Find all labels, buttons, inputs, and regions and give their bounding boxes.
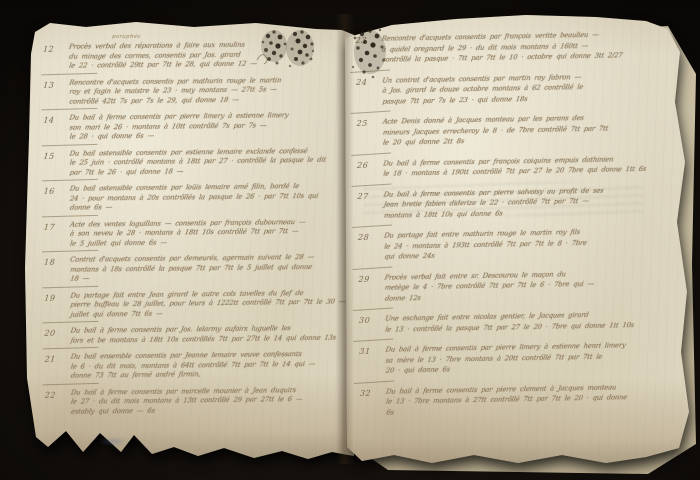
entry-number: 12 (34, 43, 69, 54)
entry-number: 15 (35, 149, 70, 160)
entry-number: 13 (35, 78, 70, 89)
entry-handwritten-text: Acte Denis donné à Jacques monteau par l… (383, 113, 679, 148)
register-entry: 23Rencontre d'acquets consentis par fran… (348, 30, 678, 66)
handwriting-line: donne 6s — (69, 201, 343, 214)
entry-separator-rule (42, 143, 98, 145)
entry-separator-rule (351, 152, 391, 156)
entry-number: 25 (348, 117, 383, 128)
entry-number: 27 (349, 189, 384, 200)
register-entry: 29Procès verbal fait entre sr. Descourou… (350, 263, 680, 304)
entry-handwritten-text: Du bail ostensible consentis par estienn… (70, 148, 342, 178)
register-entry: 31Du bail à ferme consentis par pierre l… (351, 336, 681, 377)
entry-number: 23 (347, 34, 382, 45)
register-entry: 19Du partage fait entre Jean girard le a… (36, 285, 342, 320)
register-entry: 25Acte Denis donné à Jacques monteau par… (349, 108, 679, 149)
entry-separator-rule (42, 250, 98, 252)
entry-separator-rule (353, 307, 393, 311)
entry-number: 20 (36, 327, 71, 338)
entry-handwritten-text: Contrat d'acquets consentis par demeurés… (70, 254, 342, 284)
entry-handwritten-text: Du bail à ferme consentis par pierre lim… (385, 341, 681, 376)
manuscript-scan: paraphés 12Procès verbal des réparations… (0, 0, 700, 480)
entry-separator-rule (42, 179, 98, 181)
entry-handwritten-text: Du bail à ferme consentis par marcelle m… (71, 387, 343, 417)
entry-separator-rule (41, 72, 97, 74)
right-page-paper: 23Rencontre d'acquets consentis par fran… (344, 10, 690, 470)
entry-handwritten-text: Du bail à ferme consentis par pierre cle… (386, 382, 682, 417)
entry-number: 18 (36, 256, 71, 267)
blue-ink-smudge (98, 437, 128, 446)
register-entry: 28Du partage fait entre mathurin rouge l… (350, 222, 680, 263)
entry-number: 22 (36, 388, 71, 399)
entry-number: 29 (350, 272, 385, 283)
entry-separator-rule (43, 382, 99, 384)
register-entry: 17Acte des ventes loguillans — consentis… (36, 214, 342, 249)
entry-handwritten-text: Une eschange fait entre nicolas gentier,… (385, 310, 681, 335)
entry-separator-rule (43, 347, 99, 349)
entry-number: 19 (36, 291, 71, 302)
entry-number: 28 (350, 231, 385, 242)
register-entry: 21Du bail ensemble consentis par Jeanne … (37, 346, 343, 381)
register-entry: 22Du bail à ferme consentis par marcelle… (37, 382, 343, 417)
entry-separator-rule (350, 69, 390, 73)
entry-handwritten-text: Un contrat d'acquets consentis par marti… (382, 71, 678, 106)
entry-handwritten-text: Du bail à ferme consentis par pierre lim… (69, 112, 341, 142)
entry-number: 14 (35, 114, 70, 125)
entry-separator-rule (351, 110, 391, 114)
register-entry: 12Procès verbal des réparations à faire … (35, 41, 341, 71)
entry-number: 24 (348, 75, 383, 86)
entry-separator-rule (42, 321, 98, 323)
register-entry: 20Du bail à ferme consentis par Jos. lel… (36, 320, 342, 346)
entry-handwritten-text: Procès verbal des réparations à faire au… (69, 41, 341, 71)
entry-separator-rule (352, 224, 392, 228)
entry-separator-rule (351, 183, 391, 187)
handwriting-line: le 28 · qui donne 6s — (69, 130, 343, 143)
entry-separator-rule (353, 338, 393, 342)
register-entry: 32Du bail à ferme consentis par pierre c… (352, 377, 682, 418)
entry-number: 21 (36, 353, 71, 364)
entry-number: 30 (351, 314, 386, 325)
entry-separator-rule (353, 266, 393, 270)
entry-handwritten-text: Rencontre d'acquets consentis par franço… (382, 30, 678, 65)
entry-number: 31 (351, 345, 386, 356)
register-entry: 16Du bail ostensible consentis par loüis… (36, 178, 342, 213)
entry-separator-rule (42, 285, 98, 287)
entry-handwritten-text: Procès verbal fait entre sr. Descourou l… (385, 268, 681, 303)
right-page-entries: 23Rencontre d'acquets consentis par fran… (348, 30, 683, 423)
register-entry: 15Du bail ostensible consentis par estie… (36, 143, 342, 178)
entry-handwritten-text: Du partage fait entre mathurin rouge le … (384, 227, 680, 262)
handwriting-line: donne 73 7tt au fermé andré firmin, (70, 369, 344, 382)
left-page: paraphés 12Procès verbal des réparations… (24, 18, 354, 462)
register-entry: 30Une eschange fait entre nicolas gentie… (351, 305, 681, 335)
register-entry: 13Rencontre d'acquets consentis par math… (35, 72, 341, 107)
register-entry: 18Contrat d'acquets consentis par demeur… (36, 249, 342, 284)
register-entry: 26Du bail à ferme consentis par françois… (349, 149, 679, 179)
page-header-note: paraphés (111, 34, 140, 40)
entry-number: 26 (349, 158, 384, 169)
register-entry: 24Un contrat d'acquets consentis par mar… (348, 66, 678, 107)
handwriting-line: 18 — (69, 272, 343, 285)
entry-handwritten-text: Du partage fait entre Jean girard le aut… (70, 290, 345, 320)
entry-separator-rule (354, 380, 394, 384)
entry-handwritten-text: Du bail à ferme consentis par Jos. lelar… (71, 325, 343, 345)
register-entry: 27Du bail à ferme consentis par pierre s… (349, 180, 679, 221)
entry-number: 32 (351, 386, 386, 397)
left-page-paper: paraphés 12Procès verbal des réparations… (24, 18, 354, 462)
entry-handwritten-text: Acte des ventes loguillans — consentis p… (70, 219, 342, 249)
right-page: 23Rencontre d'acquets consentis par fran… (344, 10, 690, 470)
entry-handwritten-text: Rencontre d'acquets consentis par mathur… (69, 77, 341, 107)
entry-handwritten-text: Du bail à ferme consentis par pierre sal… (384, 185, 680, 220)
entry-handwritten-text: Du bail à ferme consentis par françois c… (383, 154, 679, 179)
entry-handwritten-text: Du bail ensemble consentis par Jeanne le… (71, 351, 343, 381)
entry-number: 16 (35, 185, 70, 196)
left-page-entries: 12Procès verbal des réparations à faire … (35, 41, 343, 419)
entry-separator-rule (41, 108, 97, 110)
entry-separator-rule (42, 214, 98, 216)
register-entry: 14Du bail à ferme consentis par pierre l… (35, 107, 341, 142)
entry-number: 17 (35, 220, 70, 231)
handwriting-line: le 22 · contrôllé 29tt par 7tt le 28, qu… (68, 59, 342, 72)
entry-handwritten-text: Du bail ostensible consentis par loüis l… (70, 183, 342, 213)
